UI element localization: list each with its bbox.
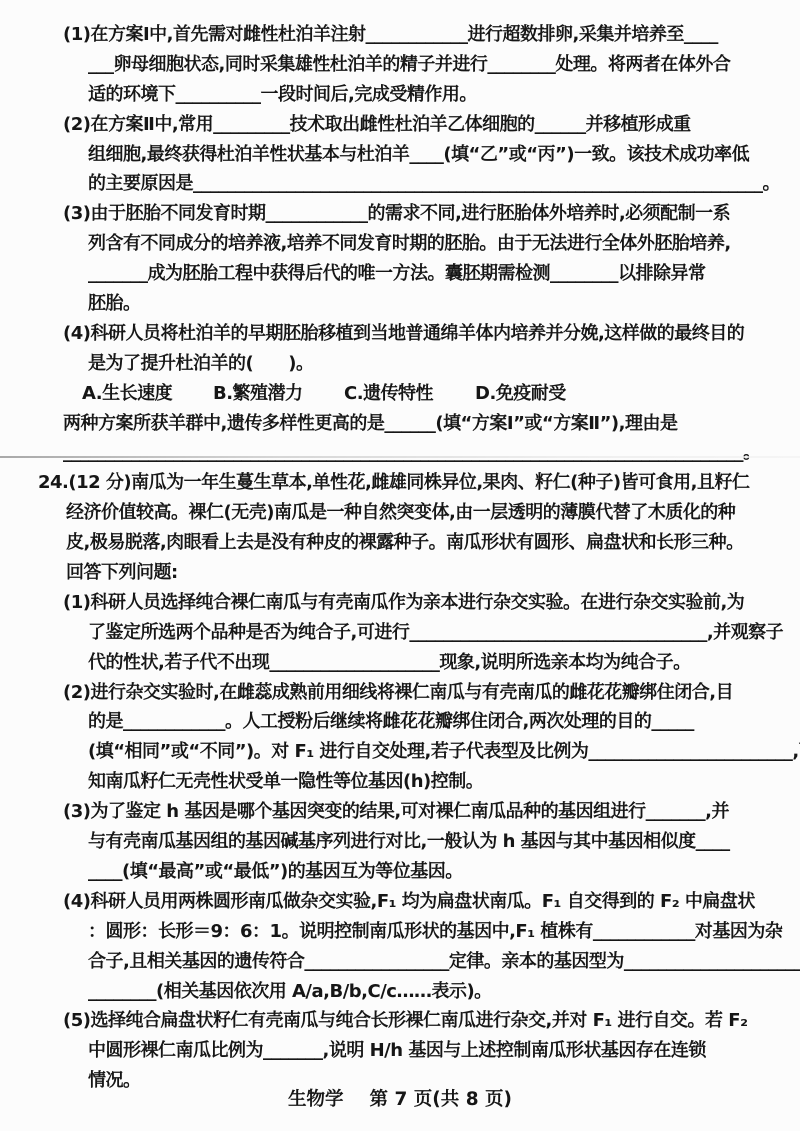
q24-part4-line1: (4)科研人员用两株圆形南瓜做杂交实验,F₁ 均为扁盘状南瓜。F₁ 自交得到的 …	[0, 887, 800, 917]
document-lines: (1)在方案Ⅰ中,首先需对雌性杜泊羊注射____________进行超数排卵,采…	[0, 20, 800, 1096]
q23-part4-line2: 是为了提升杜泊羊的( )。	[0, 349, 800, 379]
q24-stem-line2: 经济价值较高。裸仁(无壳)南瓜是一种自然突变体,由一层透明的薄膜代替了木质化的种	[0, 498, 800, 528]
option-d: D.免疫耐受	[475, 379, 566, 409]
option-c: C.遗传特性	[344, 379, 475, 409]
q23-part2-line2: 组细胞,最终获得杜泊羊性状基本与杜泊羊____(填“乙”或“丙”)一致。该技术成…	[0, 140, 800, 170]
q24-part2-line2: 的是____________。人工授粉后继续将雌花花瓣绑住闭合,两次处理的目的_…	[0, 707, 800, 737]
q24-part4-line4: ________(相关基因依次用 A/a,B/b,C/c……表示)。	[0, 977, 800, 1007]
q23-part4-options: A.生长速度B.繁殖潜力C.遗传特性D.免疫耐受	[0, 379, 800, 409]
q24-part1-line2: 了鉴定所选两个品种是否为纯合子,可进行_____________________…	[0, 618, 800, 648]
q23-part1-line3: 适的环境下__________一段时间后,完成受精作用。	[0, 80, 800, 110]
footer-page-number: 第 7 页(共 8 页)	[370, 1089, 512, 1110]
q23-part2-line1: (2)在方案Ⅱ中,常用_________技术取出雌性杜泊羊乙体细胞的______…	[0, 110, 800, 140]
q23-part3-line4: 胚胎。	[0, 289, 800, 319]
q23-part1-line1: (1)在方案Ⅰ中,首先需对雌性杜泊羊注射____________进行超数排卵,采…	[0, 20, 800, 50]
q24-stem-line3: 皮,极易脱落,肉眼看上去是没有种皮的裸露种子。南瓜形状有圆形、扁盘状和长形三种。	[0, 528, 800, 558]
option-a: A.生长速度	[82, 379, 213, 409]
q23-part3-line1: (3)由于胚胎不同发育时期____________的需求不同,进行胚胎体外培养时…	[0, 199, 800, 229]
q24-stem-line1: 24.(12 分)南瓜为一年生蔓生草本,单性花,雌雄同株异位,果肉、籽仁(种子)…	[0, 468, 800, 498]
q24-part2-line3: (填“相同”或“不同”)。对 F₁ 进行自交处理,若子代表型及比例为______…	[0, 737, 800, 767]
q23-part1-line2: ___卵母细胞状态,同时采集雄性杜泊羊的精子并进行________处理。将两者在…	[0, 50, 800, 80]
footer-subject: 生物学	[288, 1089, 344, 1110]
q23-part3-line2: 列含有不同成分的培养液,培养不同发育时期的胚胎。由于无法进行全体外胚胎培养,	[0, 229, 800, 259]
q24-part3-line3: ____(填“最高”或“最低”)的基因互为等位基因。	[0, 857, 800, 887]
q24-part5-line1: (5)选择纯合扁盘状籽仁有壳南瓜与纯合长形裸仁南瓜进行杂交,并对 F₁ 进行自交…	[0, 1006, 800, 1036]
option-b: B.繁殖潜力	[213, 379, 344, 409]
q23-part2-line3: 的主要原因是__________________________________…	[0, 169, 800, 199]
q24-part4-line2: ：圆形：长形＝9：6：1。说明控制南瓜形状的基因中,F₁ 植株有________…	[0, 917, 800, 947]
q23-part3-line3: _______成为胚胎工程中获得后代的唯一方法。囊胚期需检测________以排…	[0, 259, 800, 289]
q24-part1-line3: 代的性状,若子代不出现____________________现象,说明所选亲本…	[0, 648, 800, 678]
q24-part3-line2: 与有壳南瓜基因组的基因碱基序列进行对比,一般认为 h 基因与其中基因相似度___…	[0, 827, 800, 857]
q24-part4-line3: 合子,且相关基因的遗传符合_________________定律。亲本的基因型为…	[0, 947, 800, 977]
q24-stem-line4: 回答下列问题:	[0, 558, 800, 588]
q24-part2-line1: (2)进行杂交实验时,在雌蕊成熟前用细线将裸仁南瓜与有壳南瓜的雌花花瓣绑住闭合,…	[0, 678, 800, 708]
q23-part4-line4: 两种方案所获羊群中,遗传多样性更高的是______(填“方案Ⅰ”或“方案Ⅱ”),…	[0, 409, 800, 439]
q24-part3-line1: (3)为了鉴定 h 基因是哪个基因突变的结果,可对裸仁南瓜品种的基因组进行___…	[0, 797, 800, 827]
q24-part5-line2: 中圆形裸仁南瓜比例为_______,说明 H/h 基因与上述控制南瓜形状基因存在…	[0, 1036, 800, 1066]
page-footer: 生物学第 7 页(共 8 页)	[0, 1085, 800, 1111]
q24-part1-line1: (1)科研人员选择纯合裸仁南瓜与有壳南瓜作为亲本进行杂交实验。在进行杂交实验前,…	[0, 588, 800, 618]
scan-artifact-line	[0, 456, 800, 458]
q24-part2-line4: 知南瓜籽仁无壳性状受单一隐性等位基因(h)控制。	[0, 767, 800, 797]
q23-part4-line1: (4)科研人员将杜泊羊的早期胚胎移植到当地普通绵羊体内培养并分娩,这样做的最终目…	[0, 319, 800, 349]
q23-part4-line5: ________________________________________…	[0, 438, 800, 468]
exam-page: (1)在方案Ⅰ中,首先需对雌性杜泊羊注射____________进行超数排卵,采…	[0, 0, 800, 1131]
